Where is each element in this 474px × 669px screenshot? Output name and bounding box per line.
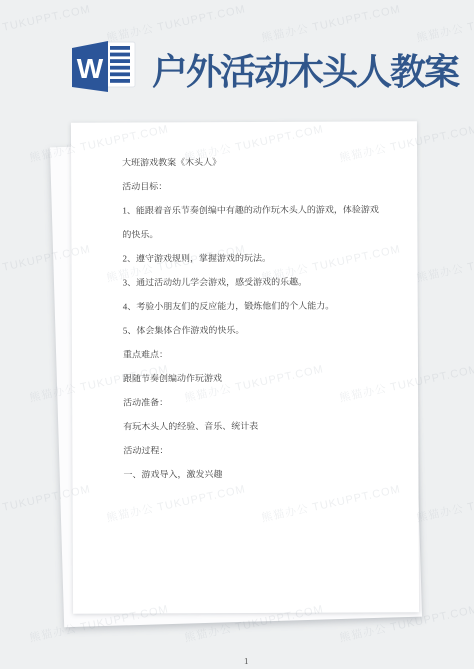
word-file-icon: W: [67, 36, 140, 93]
page-title: 户外活动木头人教案: [152, 44, 452, 95]
document-preview-canvas: W 户外活动木头人教案 大班游戏教案《木头人》活动目标：1、能跟着音乐节奏创编中…: [0, 0, 474, 669]
word-icon-flag: W: [72, 41, 108, 92]
word-icon-letter: W: [77, 53, 104, 84]
document-line: 一、游戏导入，激发兴趣: [123, 461, 410, 486]
document-line: 2、遵守游戏规则，掌握游戏的玩法。: [122, 245, 409, 270]
watermark-text: 熊猫办公 TUKUPPT.COM: [415, 480, 474, 525]
preview-header: W 户外活动木头人教案: [0, 0, 474, 110]
document-line: 3、通过活动幼儿学会游戏，感受游戏的乐趣。: [123, 269, 410, 294]
document-line: 的快乐。: [122, 221, 409, 246]
document-text-body: 大班游戏教案《木头人》活动目标：1、能跟着音乐节奏创编中有趣的动作玩木头人的游戏…: [122, 149, 410, 486]
document-line: 1、能跟着音乐节奏创编中有趣的动作玩木头人的游戏，体验游戏: [122, 197, 409, 222]
document-line: 活动过程：: [123, 437, 410, 462]
document-line: 活动目标：: [122, 173, 409, 198]
word-icon-page: [104, 42, 135, 87]
document-line: 5、体会集体合作游戏的快乐。: [123, 317, 410, 342]
page-number: 1: [73, 655, 419, 667]
document-line: 4、考验小朋友们的反应能力，锻炼他们的个人能力。: [123, 293, 410, 318]
paper-sheet-front: 大班游戏教案《木头人》活动目标：1、能跟着音乐节奏创编中有趣的动作玩木头人的游戏…: [71, 121, 419, 614]
document-line: 跟随节奏创编动作玩游戏: [123, 365, 410, 390]
document-line: 大班游戏教案《木头人》: [122, 149, 409, 174]
document-line: 重点难点：: [123, 341, 410, 366]
document-line: 有玩木头人的经验、音乐、统计表: [123, 413, 410, 438]
document-line: 活动准备：: [123, 389, 410, 414]
watermark-text: 熊猫办公 TUKUPPT.COM: [415, 240, 474, 285]
